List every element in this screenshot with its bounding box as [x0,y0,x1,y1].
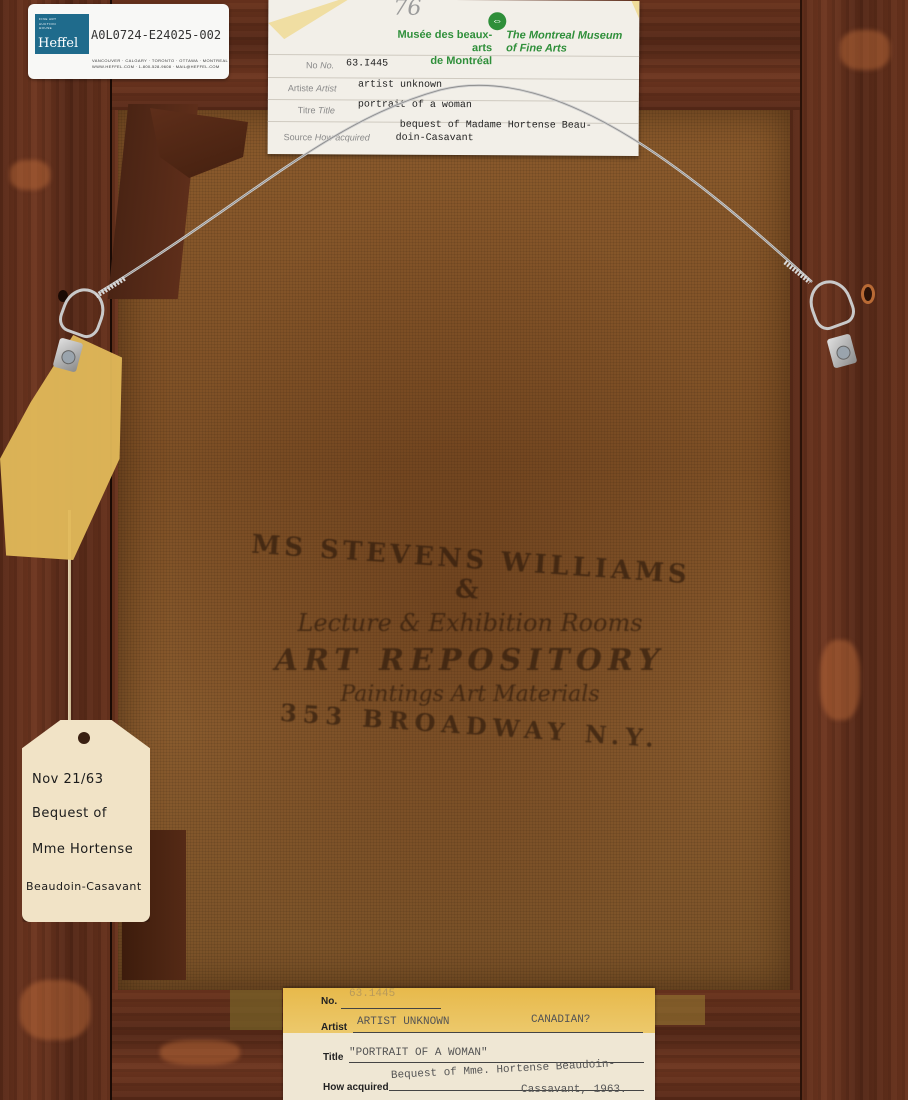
field-label: Titre Title [298,105,335,115]
heffel-logo-text: Heffel [38,36,78,51]
lot-code: A0L0724-E24025-002 [91,28,221,42]
field-label: Source How acquired [284,132,370,142]
tag-line: Beaudoin-Casavant [26,880,142,893]
field-value: 63.I445 [346,58,388,69]
heffel-auction-sticker: FINE ART AUCTION HOUSE Heffel A0L0724-E2… [28,4,229,79]
bottom-inventory-label: No. 63.1445 Artist ARTIST UNKNOWN CANADI… [283,988,655,1100]
museum-name-en-line2: of Fine Arts [506,42,622,56]
handwritten-number: 76 [393,0,421,21]
field-label: Title [323,1052,343,1063]
heffel-logo-subtitle: FINE ART AUCTION HOUSE [39,17,65,31]
museum-logo-icon: ⇔ [488,12,506,30]
tag-line: Mme Hortense [32,842,133,857]
frame-seam-right [800,0,802,1100]
wood-wear [160,1040,240,1065]
tape-remnant [230,990,282,1030]
museum-name-en: The Montreal Museum of Fine Arts [506,29,622,56]
field-value-nationality: CANADIAN? [531,1014,590,1026]
tag-date: Nov 21/63 [32,772,103,787]
underline [353,1032,643,1033]
label-row-number: No No. 63.I445 [268,54,639,79]
field-value-continued: doin-Casavant [396,133,474,144]
field-value: artist unknown [358,79,442,90]
wood-wear [20,980,90,1040]
tape [619,1,639,19]
field-value: "PORTRAIT OF A WOMAN" [349,1047,488,1059]
field-value: bequest of Madame Hortense Beau- [400,120,592,132]
tape-remnant [655,995,705,1025]
tape [268,0,348,39]
screw-icon [835,344,852,361]
museum-name-fr-line1: Musée des beaux-arts [380,29,492,56]
handwritten-tag: Nov 21/63 Bequest of Mme Hortense Beaudo… [22,720,150,922]
stencil-mark: MS STEVENS WILLIAMS & Lecture & Exhibiti… [250,545,690,740]
nail-hole [864,287,872,301]
wood-wear [820,640,860,720]
heffel-cities: VANCOUVER · CALGARY · TORONTO · OTTAWA ·… [92,58,228,63]
frame-right-rail [790,0,908,1100]
label-row-source: Source How acquired bequest of Madame Ho… [268,121,639,156]
stencil-line: ART REPOSITORY [250,643,690,678]
tag-hole [78,732,90,744]
underline [341,1008,441,1009]
heffel-contact: WWW.HEFFEL.COM · 1-800-528-9608 · MAIL@H… [92,64,219,69]
frame-seam-left [110,0,112,1100]
field-label: Artiste Artist [288,83,337,93]
museum-name-en-line1: The Montreal Museum [506,29,622,43]
field-value-continued: Cassavant, 1963. [521,1084,627,1096]
field-value: ARTIST UNKNOWN [357,1016,449,1028]
museum-label: 76 ⇔ Musée des beaux-arts de Montréal Th… [268,0,640,156]
label-row-artist: Artiste Artist artist unknown [268,77,639,102]
field-label: How acquired [323,1082,389,1093]
heffel-logo: FINE ART AUCTION HOUSE Heffel [35,14,89,54]
wood-wear [10,160,50,190]
wood-wear [840,30,890,70]
field-label: No No. [306,60,334,70]
field-value: portrait of a woman [358,99,472,111]
field-label: Artist [321,1022,347,1033]
field-value: 63.1445 [349,988,395,1000]
field-label: No. [321,996,337,1007]
screw-icon [60,349,77,366]
tag-line: Bequest of [32,806,107,821]
